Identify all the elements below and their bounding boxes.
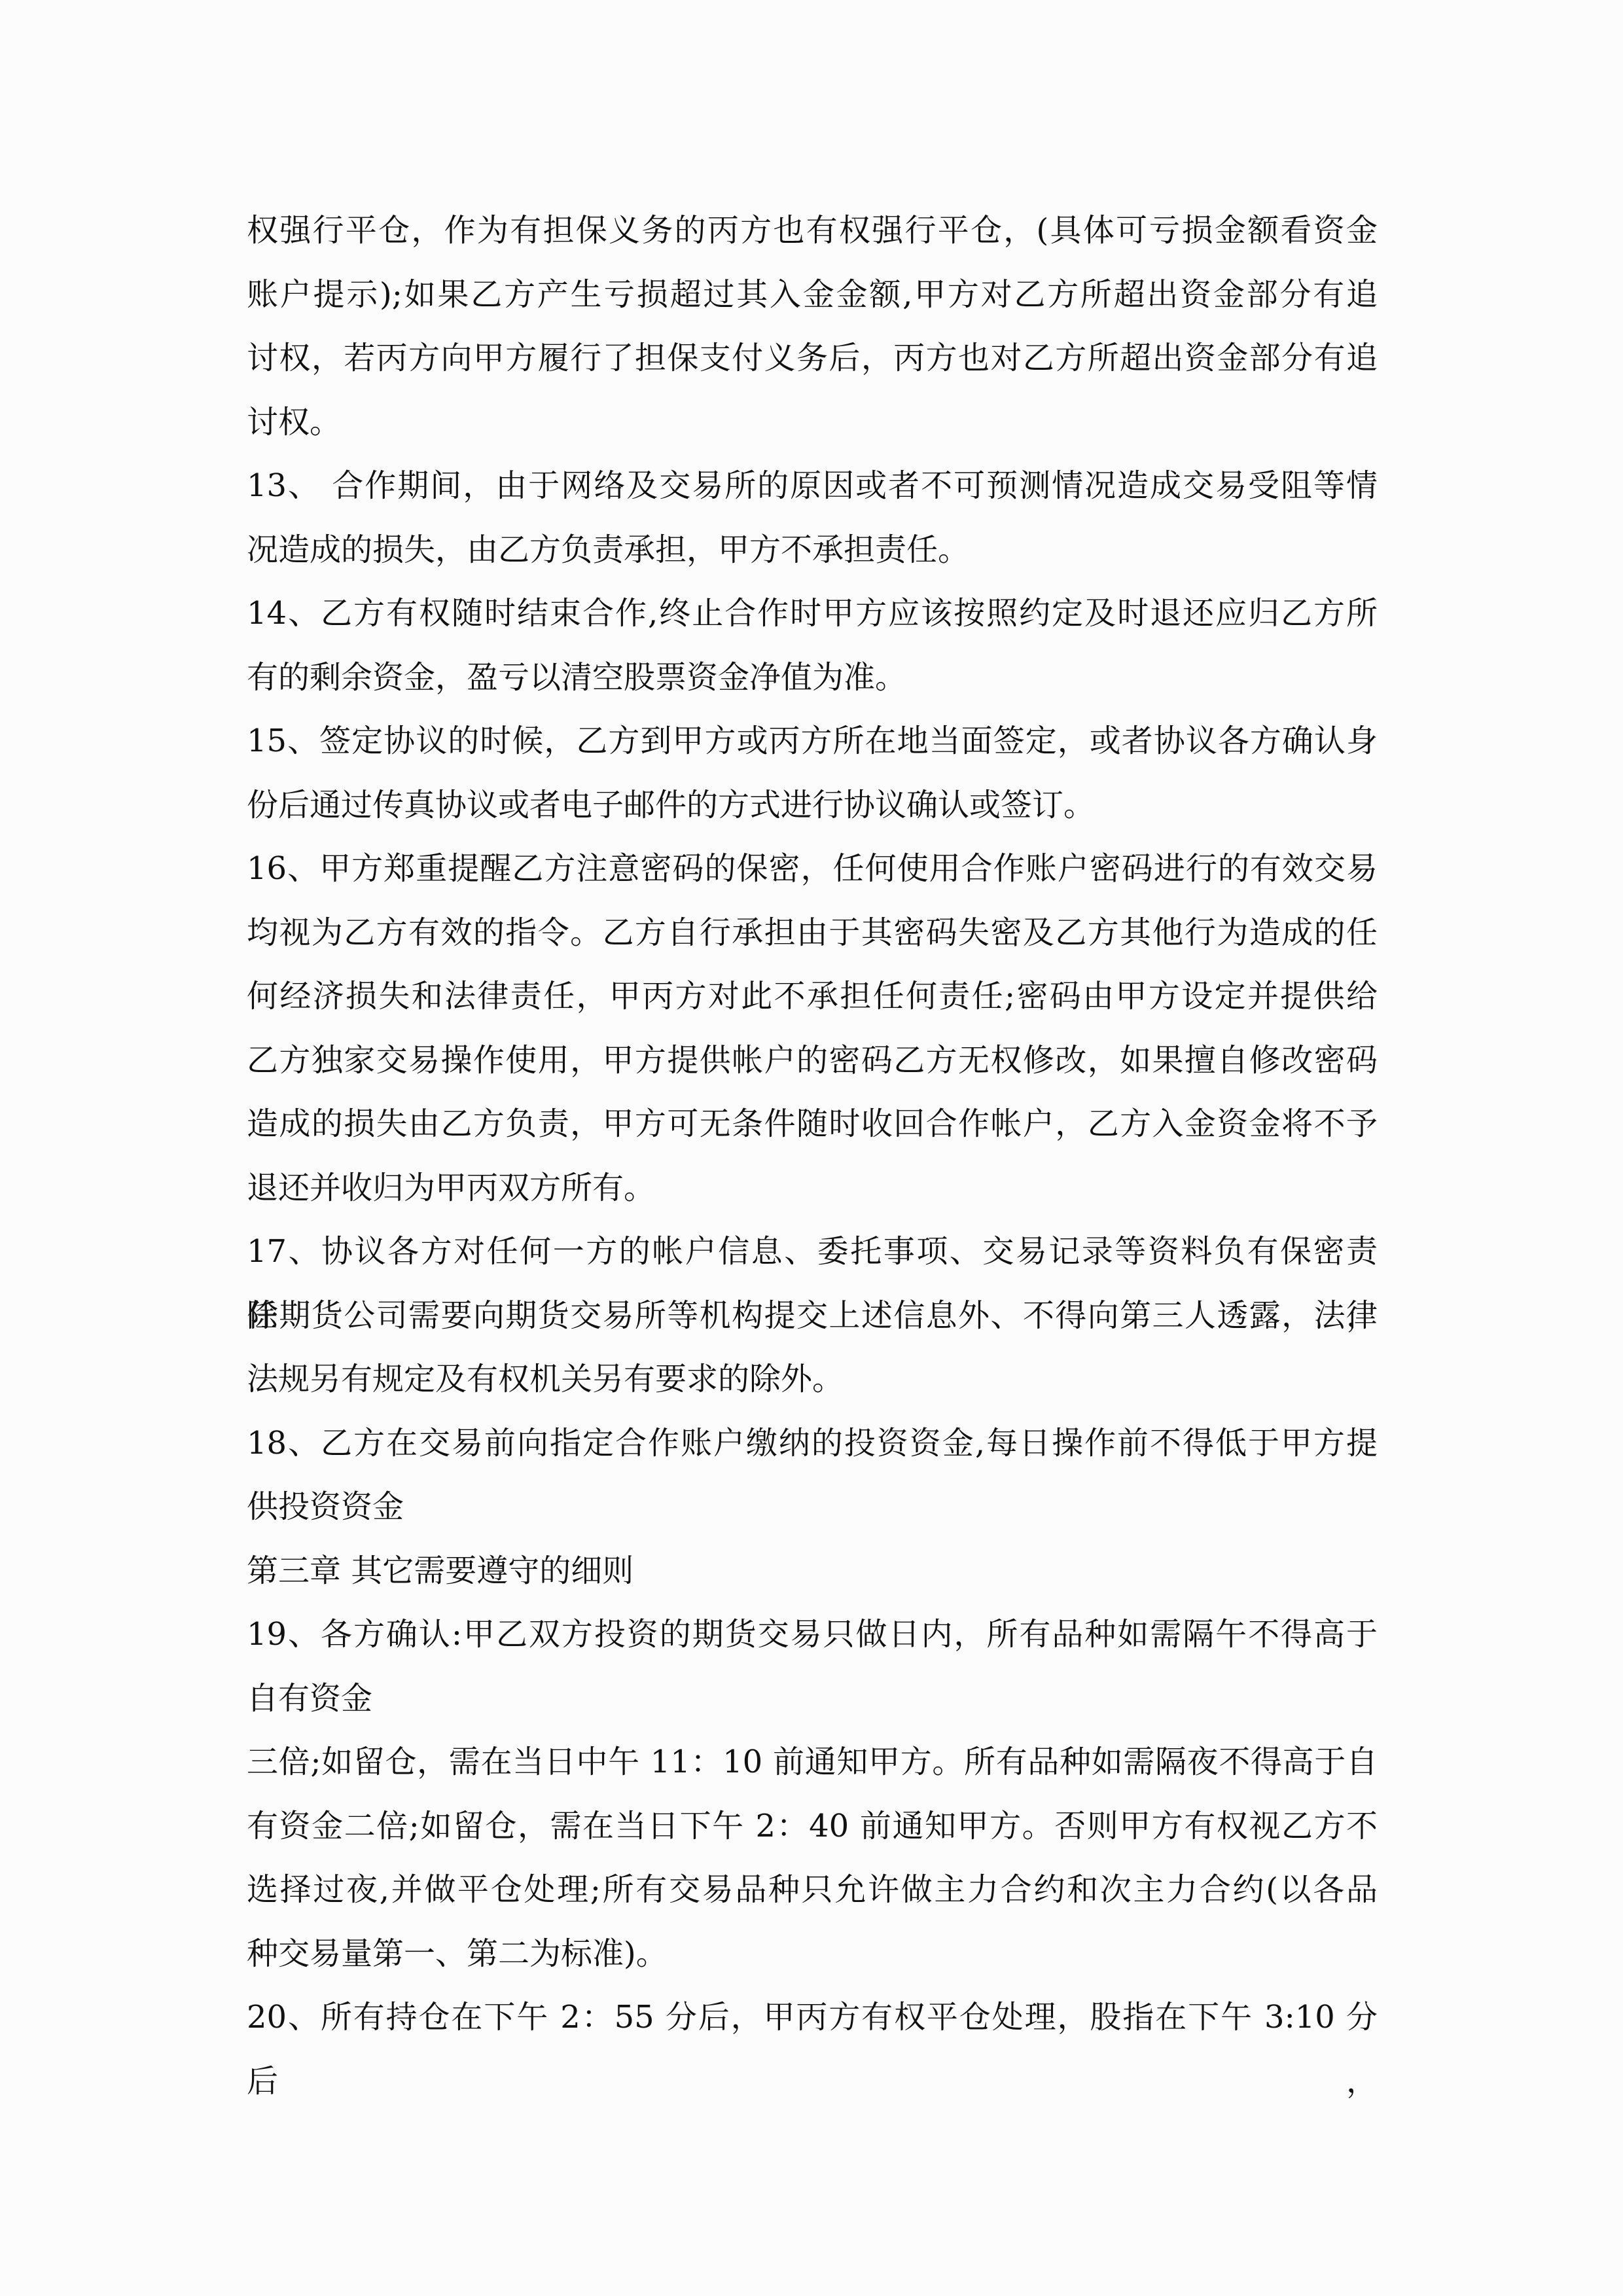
clause-16-line: 16、甲方郑重提醒乙方注意密码的保密，任何使用合作账户密码进行的有效交易 xyxy=(247,837,1378,901)
text-line: 何经济损失和法律责任，甲丙方对此不承担任何责任;密码由甲方设定并提供给 xyxy=(247,965,1378,1029)
clause-18-line: 18、乙方在交易前向指定合作账户缴纳的投资资金,每日操作前不得低于甲方提 xyxy=(247,1412,1378,1476)
clause-13-line: 13、 合作期间，由于网络及交易所的原因或者不可预测情况造成交易受阻等情 xyxy=(247,454,1378,518)
text-line: 份后通过传真协议或者电子邮件的方式进行协议确认或签订。 xyxy=(247,774,1378,838)
text-line: 账户提示);如果乙方产生亏损超过其入金金额,甲方对乙方所超出资金部分有追 xyxy=(247,263,1378,327)
text-line: 讨权。 xyxy=(247,391,1378,455)
document-page: 权强行平仓，作为有担保义务的丙方也有权强行平仓，(具体可亏损金额看资金 账户提示… xyxy=(0,0,1623,2296)
clause-15-line: 15、签定协议的时候，乙方到甲方或丙方所在地当面签定，或者协议各方确认身 xyxy=(247,709,1378,774)
clause-19-line: 19、各方确认:甲乙双方投资的期货交易只做日内，所有品种如需隔午不得高于 xyxy=(247,1603,1378,1667)
text-line: 退还并收归为甲丙双方所有。 xyxy=(247,1157,1378,1221)
body-text: 权强行平仓，作为有担保义务的丙方也有权强行平仓，(具体可亏损金额看资金 账户提示… xyxy=(247,199,1378,2050)
text-line: 造成的损失由乙方负责，甲方可无条件随时收回合作帐户，乙方入金资金将不予 xyxy=(247,1092,1378,1157)
text-line: 三倍;如留仓，需在当日中午 11：10 前通知甲方。所有品种如需隔夜不得高于自 xyxy=(247,1731,1378,1795)
text-line: 均视为乙方有效的指令。乙方自行承担由于其密码失密及乙方其他行为造成的任 xyxy=(247,901,1378,965)
text-line: 除期货公司需要向期货交易所等机构提交上述信息外、不得向第三人透露，法律 xyxy=(247,1284,1378,1348)
clause-14-line: 14、乙方有权随时结束合作,终止合作时甲方应该按照约定及时退还应归乙方所 xyxy=(247,582,1378,646)
text-line: 自有资金 xyxy=(247,1667,1378,1731)
text-line: 况造成的损失，由乙方负责承担，甲方不承担责任。 xyxy=(247,518,1378,583)
text-line: 有资金二倍;如留仓，需在当日下午 2：40 前通知甲方。否则甲方有权视乙方不 xyxy=(247,1795,1378,1859)
text-line: 讨权，若丙方向甲方履行了担保支付义务后，丙方也对乙方所超出资金部分有追 xyxy=(247,327,1378,391)
clause-17-line: 17、协议各方对任何一方的帐户信息、委托事项、交易记录等资料负有保密责任， xyxy=(247,1220,1378,1284)
text-line: 供投资资金 xyxy=(247,1475,1378,1539)
text-line: 选择过夜,并做平仓处理;所有交易品种只允许做主力合约和次主力合约(以各品 xyxy=(247,1858,1378,1922)
chapter-heading: 第三章 其它需要遵守的细则 xyxy=(247,1539,1378,1604)
clause-20-line: 20、所有持仓在下午 2：55 分后，甲丙方有权平仓处理，股指在下午 3:10 … xyxy=(247,1986,1378,2050)
text-line: 权强行平仓，作为有担保义务的丙方也有权强行平仓，(具体可亏损金额看资金 xyxy=(247,199,1378,263)
text-line: 乙方独家交易操作使用，甲方提供帐户的密码乙方无权修改，如果擅自修改密码 xyxy=(247,1029,1378,1093)
text-line: 法规另有规定及有权机关另有要求的除外。 xyxy=(247,1348,1378,1412)
text-line: 种交易量第一、第二为标准)。 xyxy=(247,1922,1378,1986)
text-line: 有的剩余资金，盈亏以清空股票资金净值为准。 xyxy=(247,646,1378,710)
